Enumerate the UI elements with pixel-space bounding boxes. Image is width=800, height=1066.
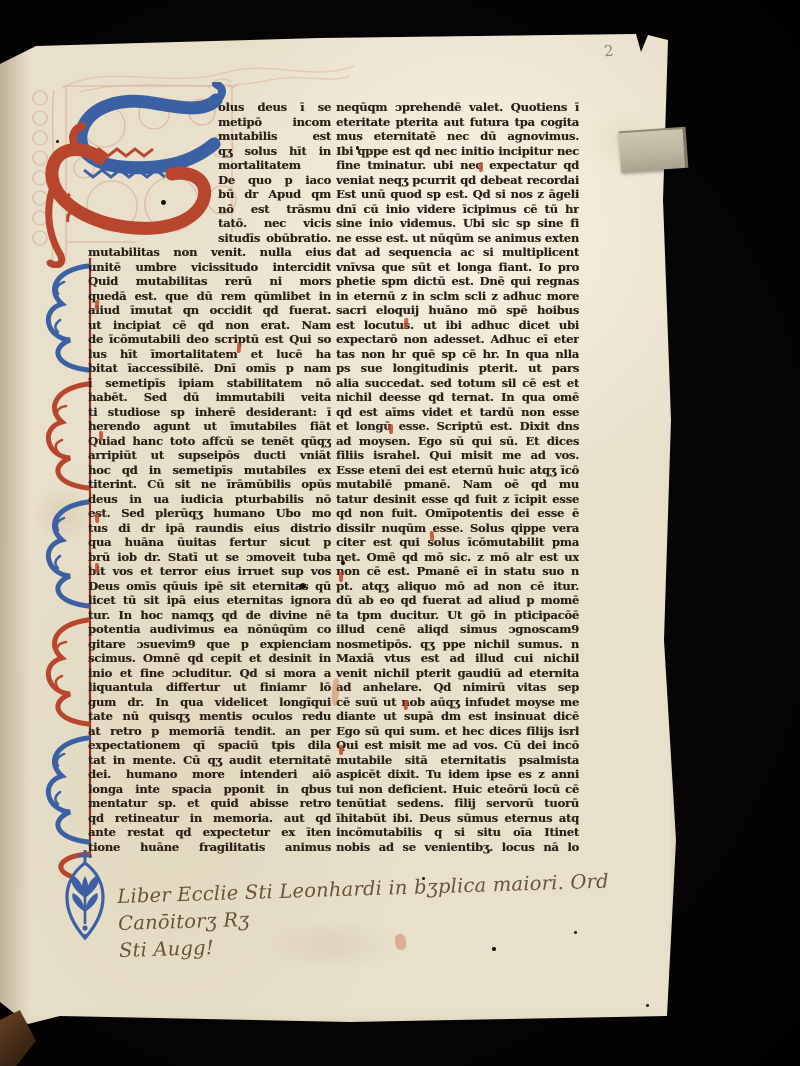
rubrication-mark	[339, 572, 343, 582]
text-line: de īcōmutabili deo scriptū est Qui so	[88, 332, 331, 347]
column-2-lines: neqūqm ɔprehendē valet. Quotiens īeterit…	[336, 100, 579, 854]
text-line: licet tū sit ipā eius eternitas ignora	[88, 593, 331, 608]
text-line: expectationem qī spaciū tpis dila	[88, 738, 331, 753]
text-line: citer est qui solus īcōmutabilit pma	[336, 535, 579, 550]
text-line: ad anhelare. Qd nimirū vitas sep	[336, 680, 579, 695]
rubrication-mark	[99, 431, 103, 441]
text-line: scimus. Omnē qd cepit et desinit in	[88, 651, 331, 666]
text-line: veniat neqʒ pcurrit qd debeat recordai	[336, 173, 579, 188]
ink-speck	[356, 146, 359, 150]
text-line: tenūtiat sedens. filij servorū tuorū	[336, 796, 579, 811]
text-line: bū dr Apud qm	[218, 187, 331, 202]
text-line: mutabilis est	[218, 129, 331, 144]
text-line: ante restat qd expectetur ex īten	[88, 825, 331, 840]
text-line: tat in mente. Cū qʒ audit eternitatē	[88, 753, 331, 768]
rubrication-mark	[339, 745, 343, 755]
text-line: longa inte spacia pponit in qbus	[88, 782, 331, 797]
text-line: neqūqm ɔprehendē valet. Quotiens ī	[336, 100, 579, 115]
text-line: est locutus. ut ibi adhuc dicet ubi	[336, 318, 579, 333]
text-line: Deus omīs qūuis ipē sit eternitas qū	[88, 579, 331, 594]
text-line: unitē umbre vicissitudo intercidit	[88, 260, 331, 275]
ink-speck	[161, 200, 166, 205]
text-line: est. Sed plerūqʒ humano Ubo mo	[88, 506, 331, 521]
ink-speck	[56, 140, 59, 143]
text-line: qua huāna ūuitas fertur sicut p	[88, 535, 331, 550]
text-line: et longū esse. Scriptū est. Dixit dns	[336, 419, 579, 434]
ink-speck	[341, 561, 345, 565]
rubrication-mark	[95, 563, 99, 573]
text-line: at retro p memoriā tendit. an per	[88, 724, 331, 739]
text-line: ti studiose sp inherē desiderant: ī	[88, 405, 331, 420]
text-line: non cē est. Pmanē eī in statu suo n	[336, 564, 579, 579]
text-line: venit nichil pterit gaudiū ad eternita	[336, 666, 579, 681]
text-line: metipō incom	[218, 115, 331, 130]
text-line: dissilr nuqūm esse. Solus qippe vera	[336, 521, 579, 536]
rubrication-mark	[430, 531, 435, 541]
text-line: ad moysen. Ego sū qui sū. Et dices	[336, 434, 579, 449]
folio-number: 2	[603, 42, 614, 61]
text-line: qd est aīms videt et tardū non esse	[336, 405, 579, 420]
text-line: ta tpm ducitur. Ut gō in pticipacōē	[336, 608, 579, 623]
text-line: cē suū ut nob aūqʒ infudet moyse me	[336, 695, 579, 710]
text-line: mortalitatem	[218, 158, 331, 173]
text-line: Quid mutabilitas rerū ni mors	[88, 274, 331, 289]
text-line: brū iob dr. Statī ut se ɔmoveit tuba	[88, 550, 331, 565]
text-line: illud cenē aliqd simus ɔgnoscam9	[336, 622, 579, 637]
ink-speck	[646, 1004, 649, 1007]
text-line: herendo agunt ut īmutabiles fiāt	[88, 419, 331, 434]
text-line: tui non deficient. Huic eteōrū locū cē	[336, 782, 579, 797]
text-line: mutabilitas non venit. nulla eius	[88, 245, 331, 260]
text-line: tatur desinit esse qd fuit z īcipit esse	[336, 492, 579, 507]
text-line: alia succedat. sed totum sil cē est et	[336, 376, 579, 391]
rubrication-mark	[389, 424, 393, 434]
text-line: deus in ua iudicia pturbabilis nō	[88, 492, 331, 507]
text-line: incōmutabilis q si situ oīa Itinet	[336, 825, 579, 840]
text-line: Quiad hanc toto affcū se tenēt qūqʒ	[88, 434, 331, 449]
text-line: qd non fuit. Omīpotentis dei esse ē	[336, 506, 579, 521]
text-line: quedā est. que dū rem qūmlibet in	[88, 289, 331, 304]
text-line: expectarō non adesset. Adhuc eī eter	[336, 332, 579, 347]
text-line: Ego sū qui sum. et hec dices filijs isrl	[336, 724, 579, 739]
text-line: Maxiā vtus est ad illud cui nichil	[336, 651, 579, 666]
column-1-lines: situdīs obūbratio. Ac p hoc qʒ in deomut…	[88, 231, 331, 855]
text-line: bitat īaccessibilē. Dnī omīs p nam	[88, 361, 331, 376]
text-line: mutabile sitā eternitatis psalmista	[336, 753, 579, 768]
text-line: De quo p iaco	[218, 173, 331, 188]
text-line: lus hīt īmortalitatem et lucē ha	[88, 347, 331, 362]
initial-reserved-space	[88, 100, 218, 231]
text-line: tatō. nec vicis	[218, 216, 331, 231]
text-line: liquantula differtur ut finiamr lō	[88, 680, 331, 695]
text-line: situdīs obūbratio. Ac p hoc qʒ in deo	[218, 231, 331, 246]
text-line: gitare ɔsuevim9 que p expienciam	[88, 637, 331, 652]
margin-flourish-border	[30, 258, 96, 878]
palmette-ornament	[54, 850, 116, 944]
text-line: inio et fine ɔcluditur. Qd si mora a	[88, 666, 331, 681]
text-column-1: olus deus ī semetipō incommutabilis estq…	[88, 100, 331, 854]
text-line: nobis ad se venientibʒ. locus nā lo	[336, 840, 579, 855]
text-line: ī semetipīs ipiam stabilitatem nō	[88, 376, 331, 391]
text-line: ps sue longitudinis pterit. ut pars	[336, 361, 579, 376]
text-line: titerint. Cū sit ne īrāmūbilis opūs	[88, 477, 331, 492]
text-line: hoc qd in semetipīs mutabiles ex	[88, 463, 331, 478]
text-line: dat ad sequencia ac si multiplicent	[336, 245, 579, 260]
text-line: fine tminatur. ubi nec expectatur qd	[336, 158, 579, 173]
text-line: aspicēt dixit. Tu idem ipse es z anni	[336, 767, 579, 782]
text-line: vnīvsa que sūt et longa fiant. Io pro	[336, 260, 579, 275]
text-line: ne esse est. ut nūqūm se animus exten	[336, 231, 579, 246]
text-line: in eternū z in sclm scli z adhuc more	[336, 289, 579, 304]
text-line: Est unū quod sp est. Qd si nos z āgeli	[336, 187, 579, 202]
text-line: arripiūt ut supseipōs ducti vniāt	[88, 448, 331, 463]
text-line: diante ut supā dm est insinuat dicē	[336, 709, 579, 724]
text-line: mus eternitatē nec dū agnovimus.	[336, 129, 579, 144]
text-line: nichil deesse qd ternat. In qua omē	[336, 390, 579, 405]
text-line: olus deus ī se	[218, 100, 331, 115]
text-line: filiis israhel. Qui misit me ad vos.	[336, 448, 579, 463]
text-line: nō est trāsmu	[218, 202, 331, 217]
text-line: dnī cū inio videre īcipimus cē tū hr	[336, 202, 579, 217]
text-line: pt. atqʒ aliquo mō ad non cē itur.	[336, 579, 579, 594]
text-line: tate nū quisqʒ mentis oculos redu	[88, 709, 331, 724]
text-line: tas non hr quē sp cē hr. In qua nlla	[336, 347, 579, 362]
text-line: tus di dr ipā raundis eius distrio	[88, 521, 331, 536]
text-line: Ibi qppe est qd nec initio incipitur nec	[336, 144, 579, 159]
text-line: gum dr. In qua videlicet longīqui	[88, 695, 331, 710]
text-line: phetie spm dictū est. Dnē qui regnas	[336, 274, 579, 289]
text-line: sacri eloquij huāno mō spē hoibus	[336, 303, 579, 318]
text-line: Esse etenī dei est eternū huic atqʒ īcō	[336, 463, 579, 478]
text-line: aliud īmutat qn occidit qd fuerat.	[88, 303, 331, 318]
text-column-2: neqūqm ɔprehendē valet. Quotiens īeterit…	[336, 100, 579, 854]
photo-background: 2	[0, 0, 800, 1066]
text-line: qd retineatur in memoria. aut qd	[88, 811, 331, 826]
fore-edge-tab	[619, 127, 689, 173]
text-line: dei. humano more intenderi aiō	[88, 767, 331, 782]
text-line: ut incipiat cē qd non erat. Nam	[88, 318, 331, 333]
text-line: mutabilē pmanē. Nam oē qd mu	[336, 477, 579, 492]
text-line: īhitabūt ibi. Deus sūmus eternus atq	[336, 811, 579, 826]
text-line: dū ab eo qd fuerat ad aliud p momē	[336, 593, 579, 608]
text-line: habēt. Sed dū immutabili veita	[88, 390, 331, 405]
text-line: potentia audivimus ea nōnūqūm co	[88, 622, 331, 637]
text-line: net. Omē qd mō sic. z mō alr est ux	[336, 550, 579, 565]
rubrication-mark	[479, 162, 483, 172]
text-line: sine inio videmus. Ubi sic sp sine fi	[336, 216, 579, 231]
text-line: tur. In hoc namqʒ qd de divine nē	[88, 608, 331, 623]
text-line: qʒ solus hīt in	[218, 144, 331, 159]
ink-speck	[300, 583, 306, 589]
text-line: tione huāne fragilitatis animus	[88, 840, 331, 855]
text-line: bit vos et terror eius irruet sup vos	[88, 564, 331, 579]
text-line: mentatur sp. et quid abisse retro	[88, 796, 331, 811]
text-line: eteritate pterita aut futura tpa cogita	[336, 115, 579, 130]
text-line: nosmetipōs. qʒ ppe nichil sumus. n	[336, 637, 579, 652]
text-line: Qui est misit me ad vos. Cū dei incō	[336, 738, 579, 753]
